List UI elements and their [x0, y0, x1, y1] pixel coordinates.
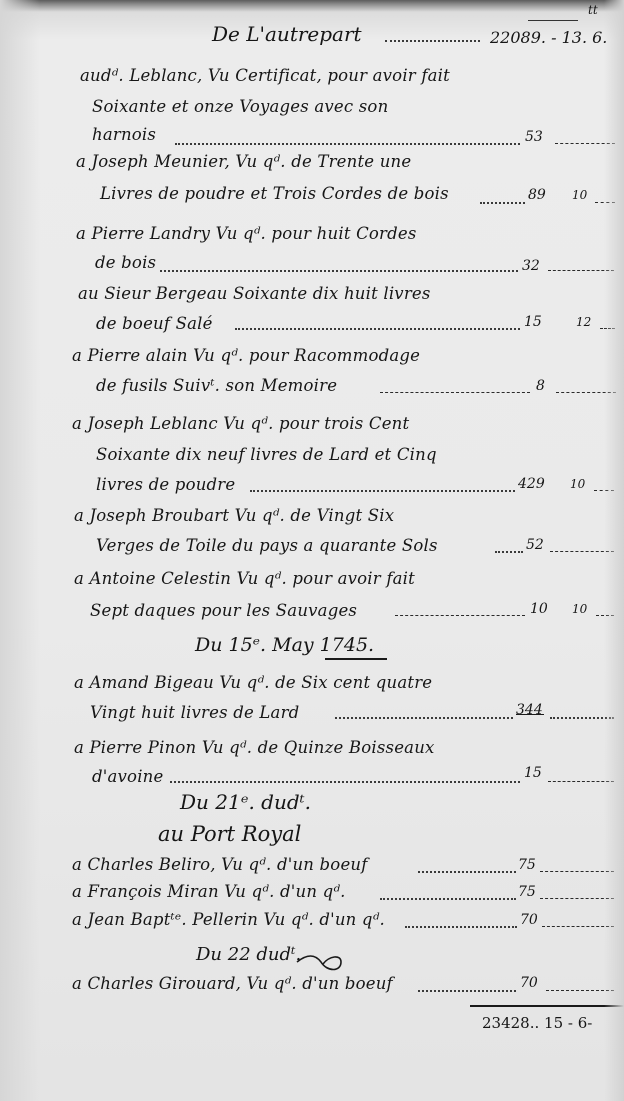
- entry-line: a Antoine Celestin Vu qᵈ. pour avoir fai…: [74, 569, 415, 588]
- entry-line: au Sieur Bergeau Soixante dix huit livre…: [78, 284, 431, 303]
- entry-amount: 75: [518, 857, 536, 873]
- dash-tail: [555, 143, 615, 144]
- carry-forward-amount: 22089. - 13. 6.: [490, 28, 607, 47]
- separator: .: [602, 28, 607, 47]
- entry-line: a Joseph Leblanc Vu qᵈ. pour trois Cent: [72, 414, 409, 433]
- dash-tail: [594, 490, 614, 491]
- dotted-leader: [170, 781, 520, 783]
- amount-strike: [516, 714, 544, 715]
- entry-amount: 70: [520, 912, 538, 928]
- dash-tail: [600, 328, 615, 329]
- entry-line: a Pierre Landry Vu qᵈ. pour huit Cordes: [76, 224, 417, 243]
- dash-tail: [395, 615, 525, 616]
- dotted-leader: [160, 270, 518, 272]
- entry-amount: 344: [516, 702, 543, 718]
- dotted-leader: [175, 143, 520, 145]
- location-heading: au Port Royal: [158, 822, 301, 846]
- carry-forward-sols: 13: [562, 28, 582, 47]
- total-deniers: 6: [578, 1014, 588, 1032]
- entry-line: de boeuf Salé: [96, 314, 213, 333]
- dash-tail: [556, 392, 616, 393]
- column-mark-stroke: [528, 20, 578, 21]
- entry-amount: 15: [524, 765, 542, 781]
- dotted-leader: [480, 202, 525, 204]
- total-amount: 23428.. 15 - 6-: [482, 1014, 592, 1032]
- separator: . -: [541, 28, 562, 47]
- dash-tail: [540, 871, 614, 872]
- date-heading: Du 15ᵉ. May 1745.: [195, 634, 374, 656]
- entry-amount: 89: [528, 187, 546, 203]
- entry-line: a Joseph Meunier, Vu qᵈ. de Trente une: [76, 152, 411, 171]
- entry-amount: 10: [530, 601, 548, 617]
- total-rule: [470, 1005, 624, 1007]
- dash-tail: [380, 392, 530, 393]
- entry-sols: 10: [570, 477, 585, 491]
- entry-amount: 70: [520, 975, 538, 991]
- entry-line: de bois: [95, 253, 156, 272]
- entry-amount: 429: [518, 476, 545, 492]
- separator: ..: [530, 1014, 544, 1032]
- flourish-icon: [295, 950, 345, 976]
- separator: -: [587, 1014, 592, 1032]
- entry-line: Verges de Toile du pays a quarante Sols: [96, 536, 438, 555]
- entry-sols: 12: [576, 315, 591, 329]
- entry-line: Livres de poudre et Trois Cordes de bois: [100, 184, 449, 203]
- carry-forward-deniers: 6: [592, 28, 602, 47]
- entry-line: harnois: [92, 125, 156, 144]
- carry-forward-livres: 22089: [490, 28, 541, 47]
- entry-line: a Charles Girouard, Vu qᵈ. d'un boeuf: [72, 974, 393, 993]
- entry-amount: 53: [525, 129, 543, 145]
- entry-sols: 10: [572, 188, 587, 202]
- dash-tail: [542, 926, 614, 927]
- date-heading: Du 21ᵉ. dudᵗ.: [180, 790, 311, 814]
- separator: -: [563, 1014, 578, 1032]
- dash-tail: [546, 990, 614, 991]
- entry-line: a Charles Beliro, Vu qᵈ. d'un boeuf: [72, 855, 368, 874]
- date-underline: [325, 658, 387, 660]
- manuscript-page: De L'autrepart tt 22089. - 13. 6. audᵈ. …: [0, 0, 624, 1101]
- entry-line: d'avoine: [92, 767, 163, 786]
- carry-forward-label: De L'autrepart: [212, 22, 362, 46]
- dotted-leader: [250, 490, 515, 492]
- dash-tail: [548, 781, 614, 782]
- column-mark: tt: [588, 3, 598, 17]
- entry-line: a Pierre alain Vu qᵈ. pour Racommodage: [72, 346, 420, 365]
- dotted-leader: [418, 871, 516, 873]
- entry-line: a Jean Baptᵗᵉ. Pellerin Vu qᵈ. d'un qᵈ.: [72, 910, 385, 929]
- entry-line: Soixante et onze Voyages avec son: [92, 97, 388, 116]
- date-heading: Du 22 dudᵗ.: [196, 944, 301, 965]
- dash-tail: [595, 202, 615, 203]
- entry-line: Soixante dix neuf livres de Lard et Cinq: [96, 445, 437, 464]
- dotted-leader: [418, 990, 516, 992]
- entry-line: a François Miran Vu qᵈ. d'un qᵈ.: [72, 882, 346, 901]
- entry-line: a Pierre Pinon Vu qᵈ. de Quinze Boisseau…: [74, 738, 435, 757]
- entry-line: Vingt huit livres de Lard: [90, 703, 299, 722]
- dotted-leader: [405, 926, 517, 928]
- entry-line: a Joseph Broubart Vu qᵈ. de Vingt Six: [74, 506, 394, 525]
- entry-line: audᵈ. Leblanc, Vu Certificat, pour avoir…: [80, 66, 450, 85]
- dotted-leader: [385, 40, 480, 42]
- entry-amount: 15: [524, 314, 542, 330]
- entry-amount: 52: [526, 537, 544, 553]
- entry-sols: 10: [572, 602, 587, 616]
- separator: .: [582, 28, 592, 47]
- entry-line: a Amand Bigeau Vu qᵈ. de Six cent quatre: [74, 673, 432, 692]
- entry-amount: 75: [518, 884, 536, 900]
- dotted-leader: [495, 551, 523, 553]
- dotted-leader: [380, 898, 516, 900]
- dotted-leader: [335, 717, 513, 719]
- dash-tail: [548, 270, 614, 271]
- entry-line: livres de poudre: [96, 475, 235, 494]
- dash-tail: [596, 615, 614, 616]
- dash-tail: [540, 898, 614, 899]
- entry-amount: 32: [522, 258, 540, 274]
- entry-line: de fusils Suivᵗ. son Memoire: [96, 376, 337, 395]
- dash-tail: [550, 551, 614, 552]
- total-livres: 23428: [482, 1014, 530, 1032]
- dotted-leader: [550, 717, 614, 719]
- entry-amount: 8: [536, 378, 545, 394]
- total-sols: 15: [544, 1014, 563, 1032]
- entry-line: Sept daques pour les Sauvages: [90, 601, 357, 620]
- dotted-leader: [235, 328, 520, 330]
